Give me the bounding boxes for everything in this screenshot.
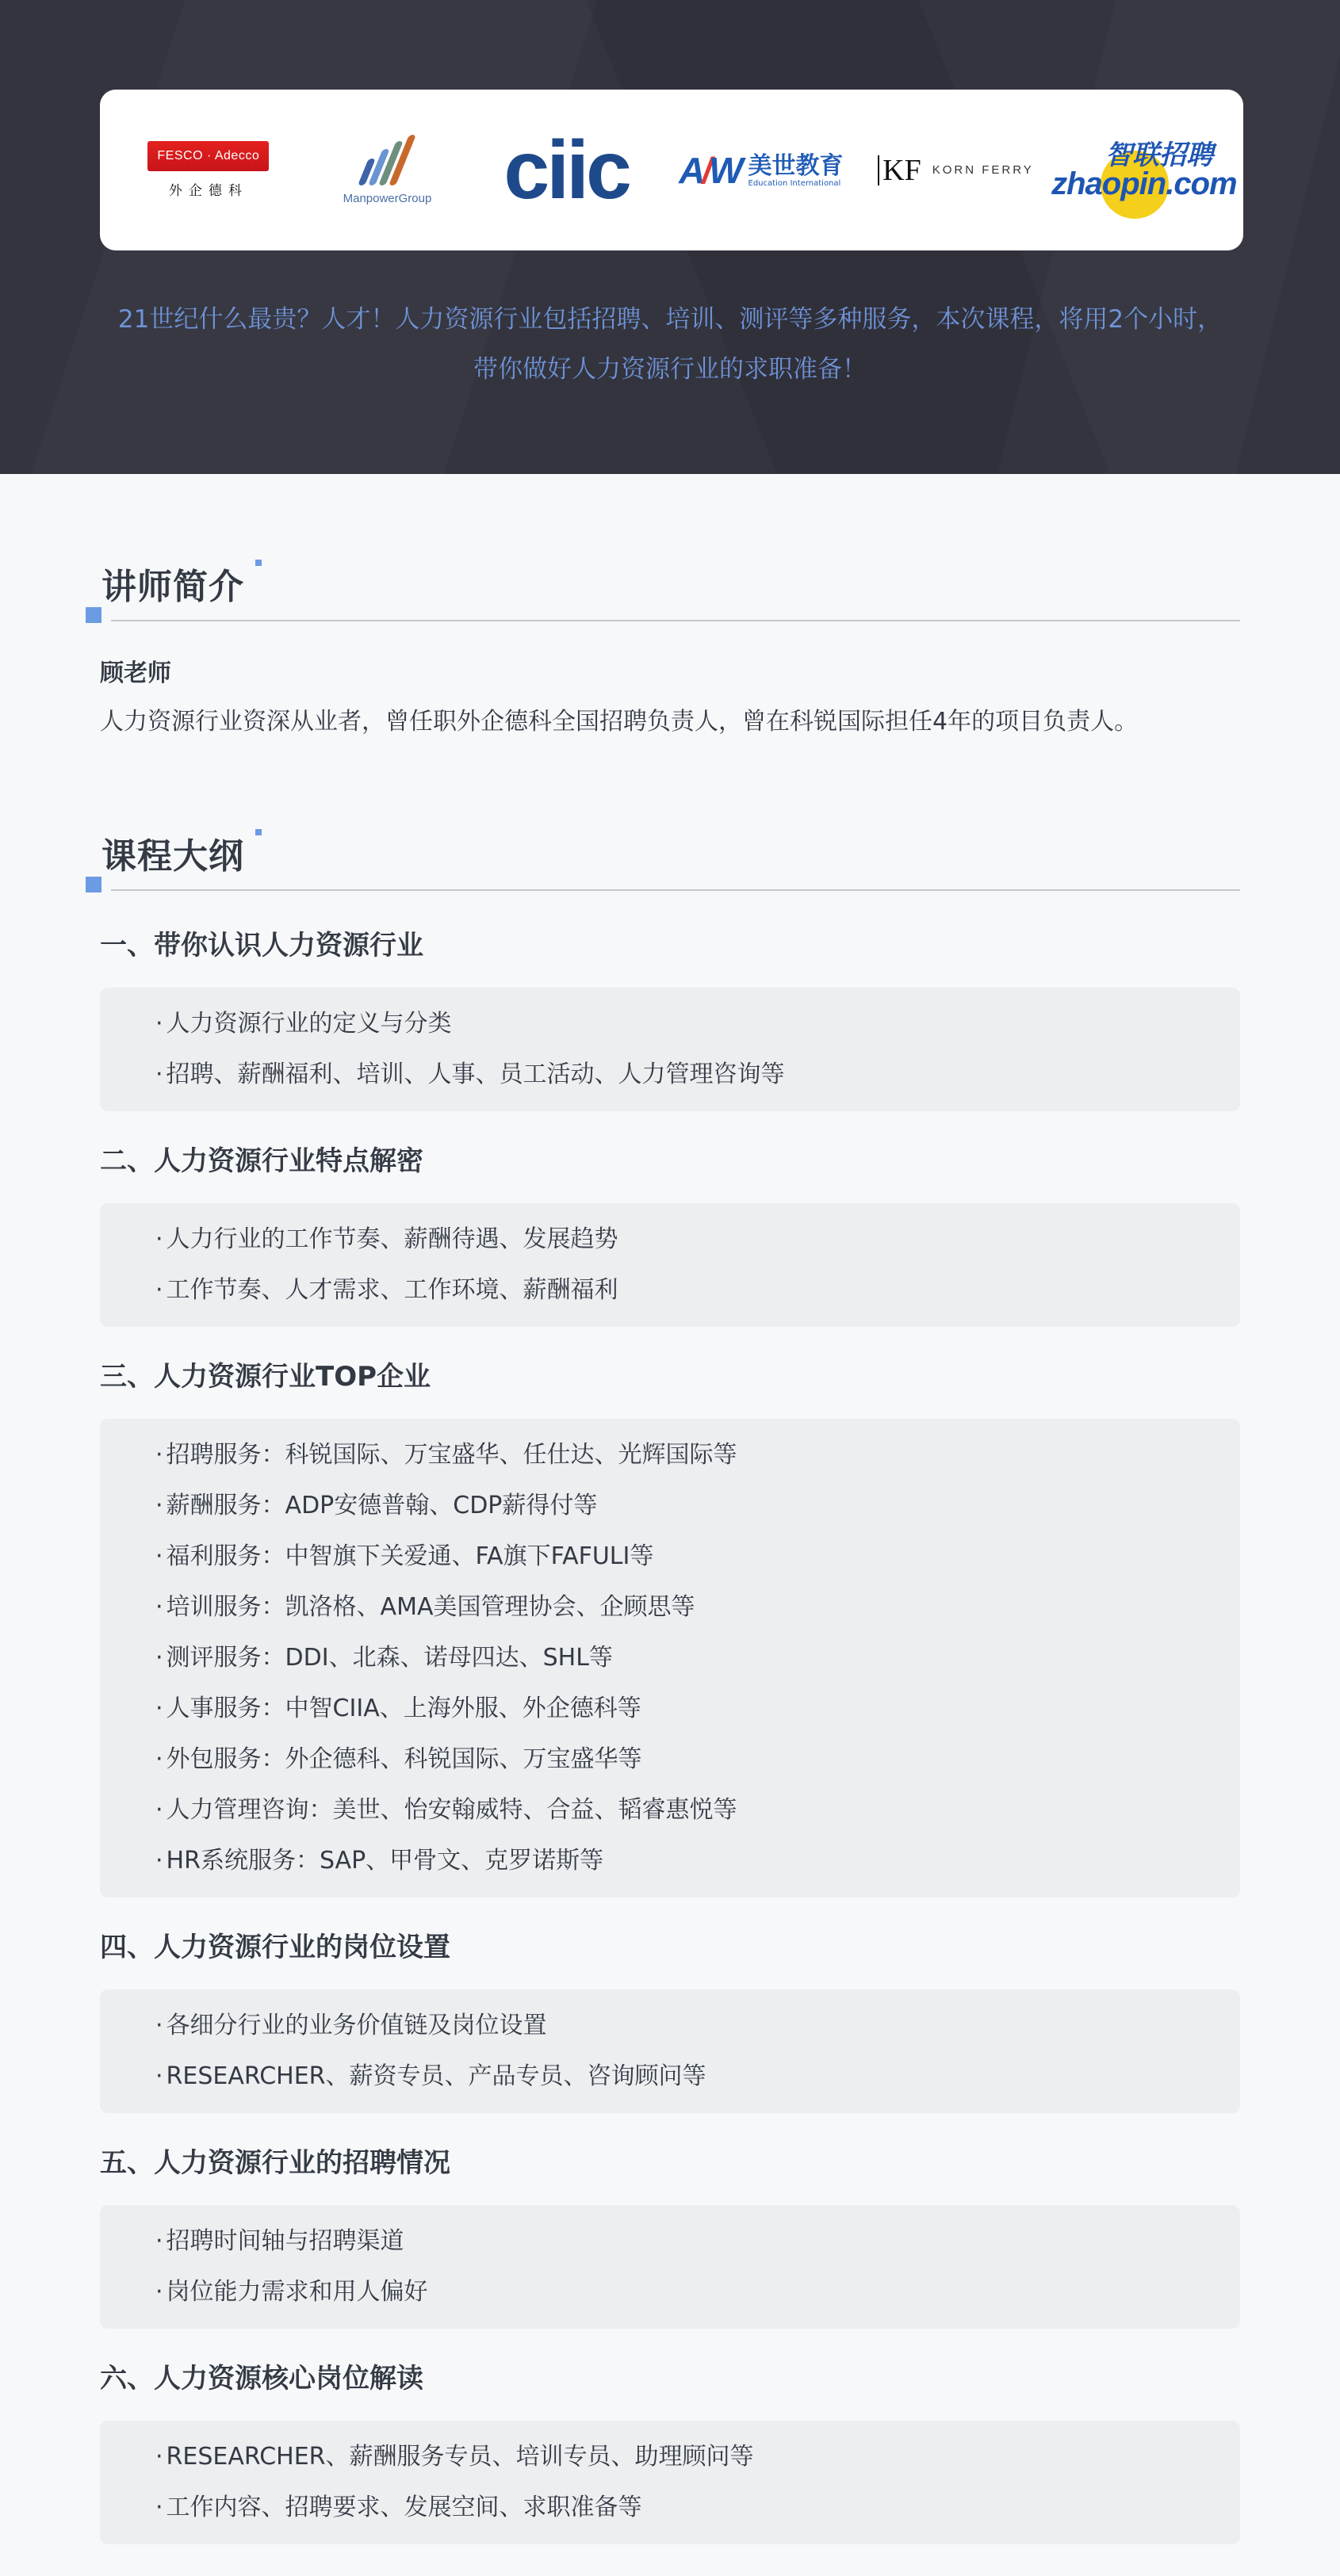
list-item: ·薪酬服务：ADP安德普翰、CDP薪得付等 (155, 1481, 1240, 1531)
module-title: 一、带你认识人力资源行业 (100, 926, 1240, 965)
list-item: ·工作内容、招聘要求、发展空间、求职准备等 (155, 2482, 1240, 2533)
manpower-bars-icon (358, 135, 417, 185)
item-text: 薪酬服务：ADP安德普翰、CDP薪得付等 (167, 1492, 598, 1519)
section-title: 讲师简介 (101, 560, 244, 615)
module-items-box: ·人力行业的工作节奏、薪酬待遇、发展趋势 ·工作节奏、人才需求、工作环境、薪酬福… (100, 1203, 1240, 1327)
list-item: ·HR系统服务：SAP、甲骨文、克罗诺斯等 (155, 1836, 1240, 1886)
teacher-name: 顾老师 (100, 653, 1240, 688)
teacher-description: 人力资源行业资深从业者，曾任职外企德科全国招聘负责人，曾在科锐国际担任4年的项目… (100, 702, 1240, 742)
list-item: ·外包服务：外企德科、科锐国际、万宝盛华等 (155, 1734, 1240, 1785)
logo-zhaopin: 智联招聘 zhaopin.com (1047, 107, 1222, 234)
section-divider (111, 620, 1240, 621)
list-item: ·RESEARCHER、薪酬服务专员、培训专员、助理顾问等 (155, 2432, 1240, 2482)
item-text: RESEARCHER、薪资专员、产品专员、咨询顾问等 (167, 2062, 706, 2090)
partner-logo-card: FESCO · Adecco 外企德科 ManpowerGroup ciic A… (100, 90, 1243, 250)
zhaopin-wordmark: zhaopin.com (1051, 166, 1236, 202)
logo-fesco-adecco: FESCO · Adecco 外企德科 (121, 107, 296, 234)
item-text: 测评服务：DDI、北森、诺母四达、SHL等 (167, 1644, 613, 1672)
section-title: 课程大纲 (101, 829, 244, 885)
module-title: 四、人力资源行业的岗位设置 (100, 1928, 1240, 1967)
item-text: 福利服务：中智旗下关爱通、FA旗下FAFULI等 (167, 1542, 654, 1570)
course-content: 讲师简介 顾老师 人力资源行业资深从业者，曾任职外企德科全国招聘负责人，曾在科锐… (0, 474, 1340, 2576)
list-item: ·人力管理咨询：美世、怡安翰威特、合益、韬睿惠悦等 (155, 1785, 1240, 1836)
list-item: ·招聘、薪酬福利、培训、人事、员工活动、人力管理咨询等 (155, 1049, 1240, 1100)
item-text: 外包服务：外企德科、科锐国际、万宝盛华等 (167, 1745, 642, 1773)
course-intro: 21世纪什么最贵？人才！人力资源行业包括招聘、培训、测评等多种服务，本次课程，将… (111, 295, 1229, 395)
decor-square-icon (86, 607, 101, 623)
item-text: 人力资源行业的定义与分类 (167, 1010, 452, 1038)
module-items-box: ·招聘服务：科锐国际、万宝盛华、任仕达、光辉国际等 ·薪酬服务：ADP安德普翰、… (100, 1419, 1240, 1898)
item-text: 招聘服务：科锐国际、万宝盛华、任仕达、光辉国际等 (167, 1441, 737, 1469)
bullet-icon: · (155, 1796, 163, 1824)
logo-ciic: ciic (479, 107, 653, 234)
outline-module: 一、带你认识人力资源行业 ·人力资源行业的定义与分类 ·招聘、薪酬福利、培训、人… (100, 926, 1240, 1111)
bullet-icon: · (155, 1847, 163, 1875)
module-items-box: ·人力资源行业的定义与分类 ·招聘、薪酬福利、培训、人事、员工活动、人力管理咨询… (100, 988, 1240, 1111)
module-title: 六、人力资源核心岗位解读 (100, 2359, 1240, 2398)
bullet-icon: · (155, 1542, 163, 1570)
decor-square-small-icon (255, 829, 262, 835)
module-title: 三、人力资源行业TOP企业 (100, 1357, 1240, 1397)
item-text: 人事服务：中智CIIA、上海外服、外企德科等 (167, 1695, 641, 1722)
manpower-wordmark: ManpowerGroup (343, 192, 432, 205)
hero-banner: FESCO · Adecco 外企德科 ManpowerGroup ciic A… (0, 0, 1340, 474)
outline-module: 三、人力资源行业TOP企业 ·招聘服务：科锐国际、万宝盛华、任仕达、光辉国际等 … (100, 1357, 1240, 1898)
list-item: ·岗位能力需求和用人偏好 (155, 2267, 1240, 2318)
item-text: 工作内容、招聘要求、发展空间、求职准备等 (167, 2494, 642, 2521)
list-item: ·人力资源行业的定义与分类 (155, 999, 1240, 1049)
bullet-icon: · (155, 1492, 163, 1519)
module-title: 二、人力资源行业特点解密 (100, 1141, 1240, 1181)
list-item: ·各细分行业的业务价值链及岗位设置 (155, 2001, 1240, 2051)
bullet-icon: · (155, 1644, 163, 1672)
outline-module: 二、人力资源行业特点解密 ·人力行业的工作节奏、薪酬待遇、发展趋势 ·工作节奏、… (100, 1141, 1240, 1327)
item-text: 培训服务：凯洛格、AMA美国管理协会、企顾思等 (167, 1593, 695, 1621)
bullet-icon: · (155, 2278, 163, 2306)
item-text: 招聘时间轴与招聘渠道 (167, 2227, 404, 2255)
outline-module: 六、人力资源核心岗位解读 ·RESEARCHER、薪酬服务专员、培训专员、助理顾… (100, 2359, 1240, 2544)
bullet-icon: · (155, 1695, 163, 1722)
outline-section: 课程大纲 一、带你认识人力资源行业 ·人力资源行业的定义与分类 ·招聘、薪酬福利… (100, 829, 1240, 2544)
item-text: 人力管理咨询：美世、怡安翰威特、合益、韬睿惠悦等 (167, 1796, 737, 1824)
logo-aw-education: A/W 美世教育 Education International (658, 107, 864, 234)
logo-korn-ferry: KF KORN FERRY (868, 107, 1043, 234)
teacher-section: 讲师简介 顾老师 人力资源行业资深从业者，曾任职外企德科全国招聘负责人，曾在科锐… (100, 560, 1240, 742)
module-list: 一、带你认识人力资源行业 ·人力资源行业的定义与分类 ·招聘、薪酬福利、培训、人… (100, 926, 1240, 2544)
item-text: 工作节奏、人才需求、工作环境、薪酬福利 (167, 1276, 618, 1304)
decor-square-small-icon (255, 560, 262, 566)
bullet-icon: · (155, 2062, 163, 2090)
section-divider (111, 889, 1240, 891)
module-title: 五、人力资源行业的招聘情况 (100, 2143, 1240, 2183)
korn-ferry-wordmark: KORN FERRY (932, 163, 1034, 177)
bullet-icon: · (155, 1593, 163, 1621)
module-items-box: ·各细分行业的业务价值链及岗位设置 ·RESEARCHER、薪资专员、产品专员、… (100, 1989, 1240, 2113)
list-item: ·招聘服务：科锐国际、万宝盛华、任仕达、光辉国际等 (155, 1430, 1240, 1481)
list-item: ·培训服务：凯洛格、AMA美国管理协会、企顾思等 (155, 1582, 1240, 1633)
outline-module: 四、人力资源行业的岗位设置 ·各细分行业的业务价值链及岗位设置 ·RESEARC… (100, 1928, 1240, 2113)
list-item: ·RESEARCHER、薪资专员、产品专员、咨询顾问等 (155, 2051, 1240, 2102)
section-heading: 讲师简介 (100, 560, 1240, 626)
list-item: ·人力行业的工作节奏、薪酬待遇、发展趋势 (155, 1214, 1240, 1265)
logo-manpowergroup: ManpowerGroup (300, 107, 474, 234)
fesco-adecco-wordmark: FESCO · Adecco (147, 141, 269, 171)
bullet-icon: · (155, 2012, 163, 2039)
module-items-box: ·RESEARCHER、薪酬服务专员、培训专员、助理顾问等 ·工作内容、招聘要求… (100, 2421, 1240, 2544)
bullet-icon: · (155, 1061, 163, 1088)
ciic-wordmark: ciic (503, 129, 628, 212)
aw-chinese-name: 美世教育 (748, 153, 844, 179)
decor-square-icon (86, 877, 101, 892)
bullet-icon: · (155, 2443, 163, 2471)
list-item: ·人事服务：中智CIIA、上海外服、外企德科等 (155, 1684, 1240, 1734)
list-item: ·福利服务：中智旗下关爱通、FA旗下FAFULI等 (155, 1531, 1240, 1582)
item-text: RESEARCHER、薪酬服务专员、培训专员、助理顾问等 (167, 2443, 754, 2471)
aw-english-name: Education International (748, 179, 844, 188)
fesco-adecco-chinese-name: 外企德科 (169, 179, 248, 199)
section-heading: 课程大纲 (100, 829, 1240, 896)
item-text: 岗位能力需求和用人偏好 (167, 2278, 428, 2306)
korn-ferry-mark-icon: KF (878, 155, 921, 185)
module-items-box: ·招聘时间轴与招聘渠道 ·岗位能力需求和用人偏好 (100, 2205, 1240, 2329)
bullet-icon: · (155, 1276, 163, 1304)
bullet-icon: · (155, 1441, 163, 1469)
list-item: ·测评服务：DDI、北森、诺母四达、SHL等 (155, 1633, 1240, 1684)
bullet-icon: · (155, 1745, 163, 1773)
outline-module: 五、人力资源行业的招聘情况 ·招聘时间轴与招聘渠道 ·岗位能力需求和用人偏好 (100, 2143, 1240, 2329)
bullet-icon: · (155, 1010, 163, 1038)
bullet-icon: · (155, 1225, 163, 1253)
item-text: 各细分行业的业务价值链及岗位设置 (167, 2012, 547, 2039)
aw-mark-icon: A/W (679, 149, 740, 192)
list-item: ·工作节奏、人才需求、工作环境、薪酬福利 (155, 1265, 1240, 1316)
item-text: 招聘、薪酬福利、培训、人事、员工活动、人力管理咨询等 (167, 1061, 785, 1088)
item-text: 人力行业的工作节奏、薪酬待遇、发展趋势 (167, 1225, 618, 1253)
bullet-icon: · (155, 2494, 163, 2521)
list-item: ·招聘时间轴与招聘渠道 (155, 2216, 1240, 2267)
bullet-icon: · (155, 2227, 163, 2255)
item-text: HR系统服务：SAP、甲骨文、克罗诺斯等 (167, 1847, 604, 1875)
